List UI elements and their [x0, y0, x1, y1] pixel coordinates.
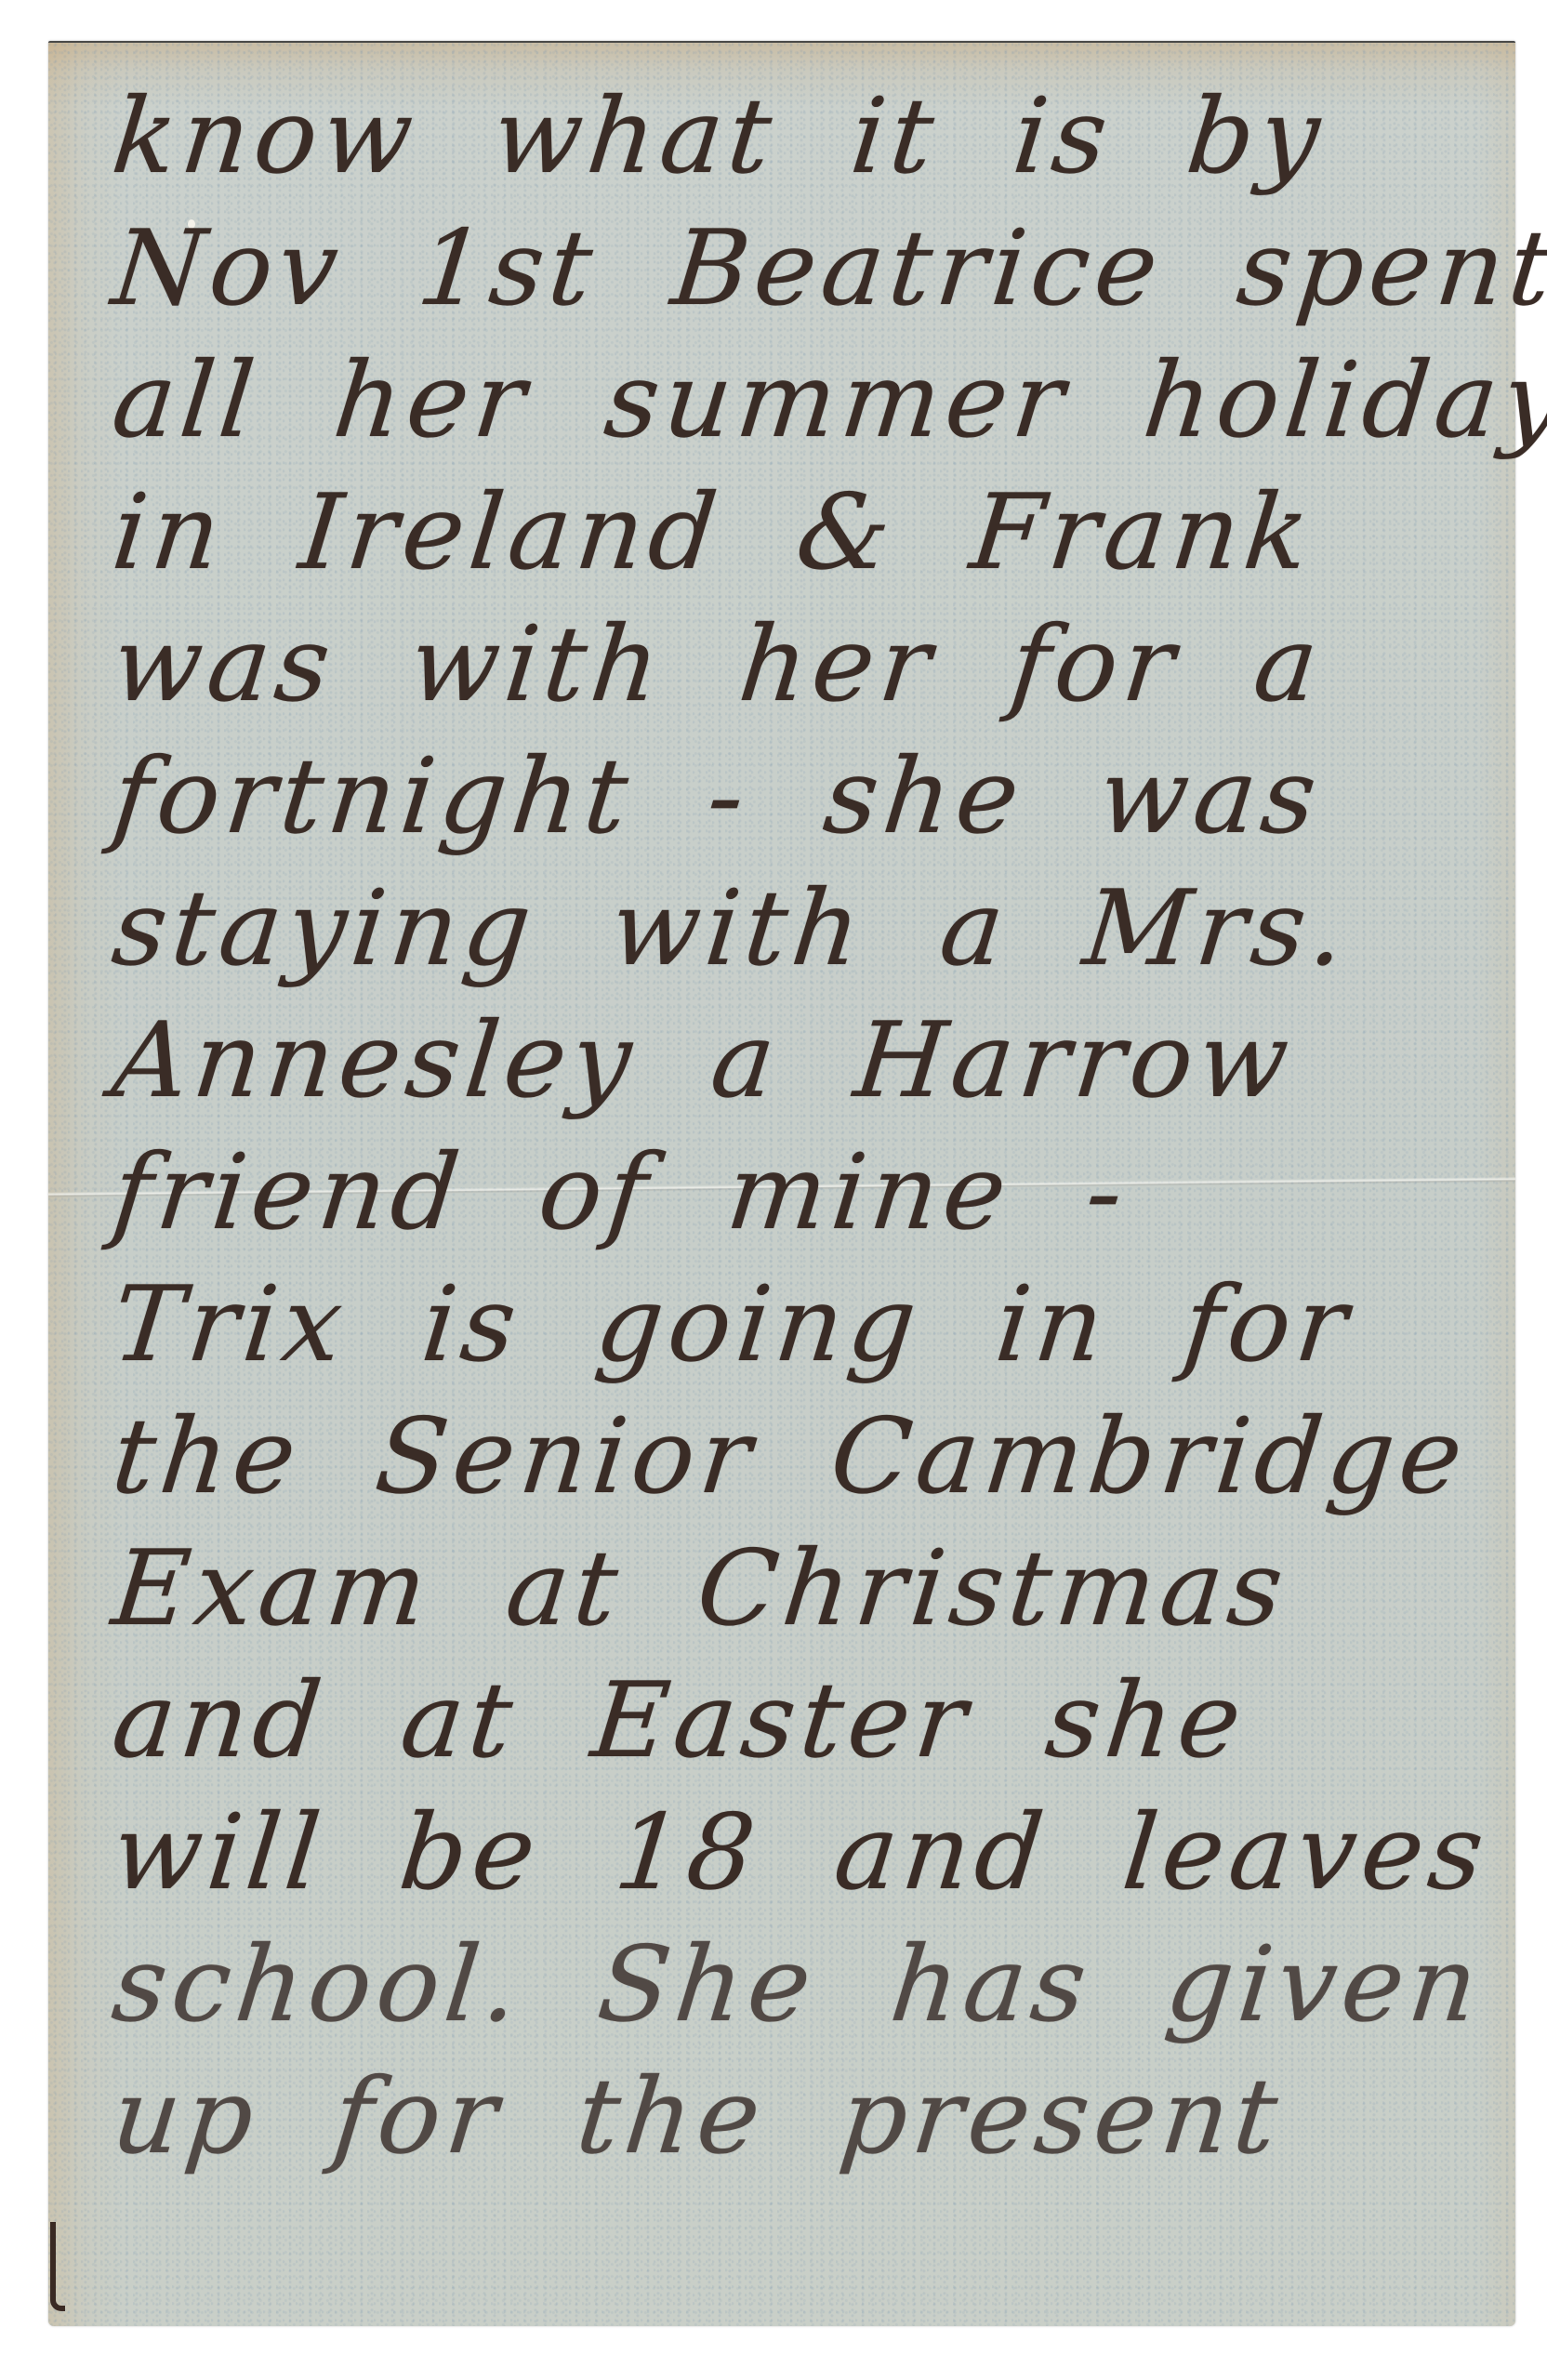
- text-line: staying with a Mrs.: [107, 863, 1497, 995]
- letter-page: know what it is by Nov 1st Beatrice spen…: [48, 41, 1515, 2326]
- text-line: the Senior Cambridge: [107, 1391, 1497, 1523]
- text-line: in Ireland & Frank: [107, 467, 1497, 599]
- text-line: know what it is by: [107, 71, 1497, 203]
- text-line: school. She has given: [107, 1919, 1497, 2051]
- text-line: fortnight - she was: [107, 731, 1497, 863]
- text-line: and at Easter she: [107, 1655, 1497, 1787]
- text-line: friend of mine -: [107, 1127, 1497, 1259]
- text-line: Trix is going in for: [107, 1259, 1497, 1391]
- text-line: Annesley a Harrow: [107, 995, 1497, 1127]
- text-line: up for the present: [107, 2051, 1497, 2183]
- text-line: Nov 1st Beatrice spent: [107, 203, 1497, 335]
- handwritten-text: know what it is by Nov 1st Beatrice spen…: [113, 71, 1489, 2183]
- text-line: will be 18 and leaves: [107, 1787, 1497, 1919]
- text-line: was with her for a: [107, 599, 1497, 731]
- text-line: Exam at Christmas: [107, 1523, 1497, 1655]
- margin-ink-mark: [50, 2222, 65, 2311]
- text-line: all her summer holiday: [107, 335, 1497, 467]
